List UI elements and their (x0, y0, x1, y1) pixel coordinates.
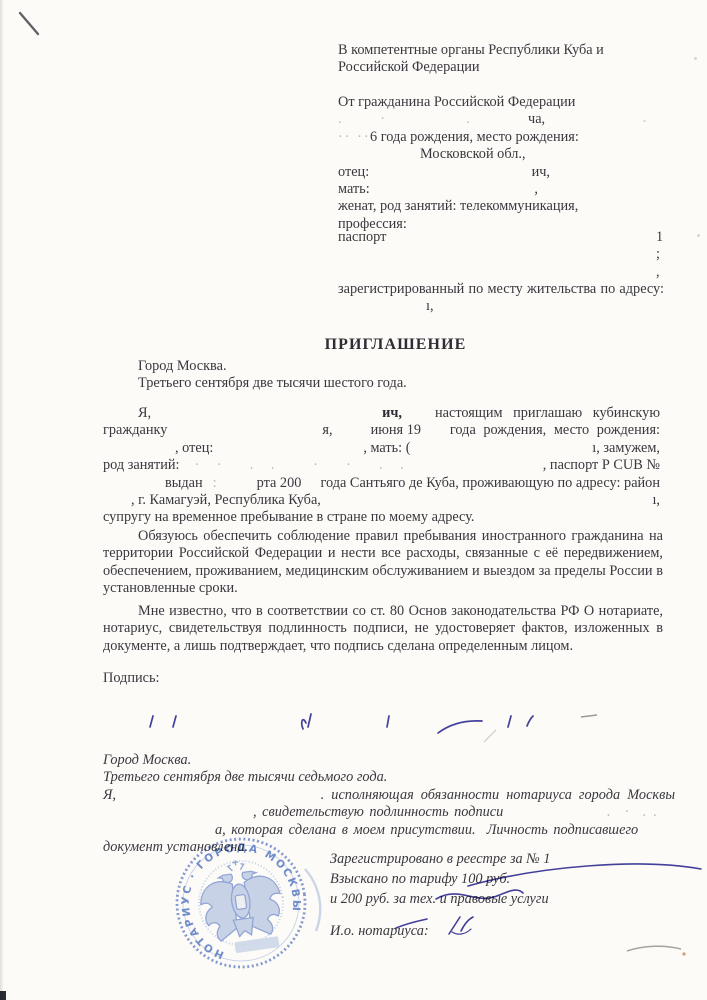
line3-tail: ı, замужем, (592, 440, 660, 457)
father-fragment: ич, (532, 164, 550, 181)
sender-profession-line: профессия: (338, 216, 668, 233)
line2-tail: года рождения, место рождения: (450, 422, 660, 439)
line2-fragment: я, (322, 422, 332, 439)
notary-line-2: , свидетельствую подлинность подписи . ·… (103, 804, 675, 821)
invitation-line-6: , г. Камагуэй, Республика Куба, ı, (103, 492, 660, 509)
invitation-line-3: , отец: , мать: ( ı, замужем, (103, 440, 660, 457)
notary-line1-tail: . исполняющая обязанности нотариуса горо… (321, 787, 675, 804)
line3-mid: , мать: ( (363, 440, 410, 457)
address-residue: ı, (426, 298, 434, 315)
pencil-dash (581, 715, 597, 717)
line6-start: , г. Камагуэй, Республика Куба, (131, 492, 321, 509)
sender-mother-line: мать: , (338, 181, 668, 198)
sender-birthplace-line: Московской обл., (338, 146, 668, 163)
faint-scratch (484, 730, 496, 742)
registry-line-2: Взыскано по тарифу 100 руб. (330, 869, 550, 889)
recipient-block: В компетентные органы Республики Куба и … (338, 42, 604, 77)
line3-start: , отец: (175, 440, 213, 457)
residue-2: ; (656, 246, 663, 263)
line1-tail: настоящим приглашаю кубинскую (435, 405, 660, 422)
document-title: ПРИГЛАШЕНИЕ (103, 336, 674, 354)
whiteout-residue: : (213, 475, 217, 492)
signature-ink (150, 714, 533, 733)
intro-city: Город Москва. (138, 358, 407, 375)
signature-label: Подпись: (103, 670, 159, 687)
birthplace-text: Московской обл., (420, 146, 526, 163)
whiteout-residue: · · . . · · . . (194, 457, 542, 474)
intro-date: Третьего сентября две тысячи шестого год… (138, 375, 407, 392)
invitation-line-4: род занятий: · · . . · · . . , паспорт Р… (103, 457, 660, 474)
registry-block: Зарегистрировано в реестре за № 1 Взыска… (330, 849, 550, 941)
whiteout-residue: ·· ··. (338, 129, 370, 146)
notariate-paragraph: Мне известно, что в соответствии со ст. … (103, 603, 663, 655)
invitation-line-5: выдан : рта 200 года Сантьяго де Куба, п… (103, 475, 660, 492)
invitation-line-7: супругу на временное пребывание в стране… (103, 509, 660, 526)
passport-residue-column: 1 ; , (656, 229, 663, 281)
registry-line-1: Зарегистрировано в реестре за № 1 (330, 849, 550, 869)
ink-speck (682, 952, 685, 955)
line5-start: выдан (165, 475, 203, 492)
name-fragment: ич, (382, 405, 402, 422)
pencil-curve (627, 946, 681, 951)
line2-mid: июня 19 (371, 422, 421, 439)
passport-label-line: паспорт (338, 229, 386, 246)
birth-text: 6 года рождения, место рождения: (370, 129, 579, 146)
notary-line-1: Я, . исполняющая обязанности нотариуса г… (103, 787, 675, 804)
recipient-line-1: В компетентные органы Республики Куба и (338, 42, 604, 59)
scanned-invitation-document: В компетентные органы Республики Куба и … (0, 0, 707, 1000)
sender-from-line: От гражданина Российской Федерации (338, 94, 668, 111)
sender-name-line: . · . . ча, (338, 111, 668, 128)
ya-text: Я, (138, 405, 151, 422)
line6-tail: ı, (652, 492, 660, 509)
whiteout-residue: . · . . (338, 111, 488, 128)
invitation-paragraph: Я, ич, настоящим приглашаю кубинскую гра… (103, 405, 660, 527)
notary-line2-text: , свидетельствую подлинность подписи (253, 804, 503, 821)
mother-label: мать: (338, 181, 370, 198)
registered-address-line: зарегистрированный по месту жительства п… (338, 281, 664, 298)
line4-tail: , паспорт Р CUB № (543, 457, 660, 474)
seal-number-band (234, 936, 279, 953)
sender-father-line: отец: ич, (338, 164, 668, 181)
residue-3: , (656, 264, 663, 281)
double-headed-eagle-icon (195, 855, 285, 943)
sender-marital-line: женат, род занятий: телекоммуникация, (338, 198, 668, 215)
registry-line-3: и 200 руб. за тех. и правовые услуги (330, 889, 550, 909)
notary-date: Третьего сентября две тысячи седьмого го… (103, 769, 675, 786)
line4-start: род занятий: (103, 457, 179, 474)
residue-1: 1 (656, 229, 663, 246)
corner-scan-mark (0, 991, 6, 1000)
staple-mark-icon (0, 0, 60, 50)
line5-tail: года Сантьяго де Куба, проживающую по ад… (320, 475, 660, 492)
invitation-line-1: Я, ич, настоящим приглашаю кубинскую (103, 405, 660, 422)
notary-city: Город Москва. (103, 752, 675, 769)
obligation-paragraph: Обязуюсь обеспечить соблюдение правил пр… (103, 528, 663, 598)
recipient-line-2: Российской Федерации (338, 59, 604, 76)
sender-birth-line: ·· ··. 6 года рождения, место рождения: (338, 129, 668, 146)
invitation-line-2: гражданку я, июня 19 года рождения, мест… (103, 422, 660, 439)
mother-fragment: , (534, 181, 538, 198)
acting-notary-label: И.о. нотариуса: (330, 921, 550, 941)
paper-speck (694, 57, 697, 60)
passport-label: паспорт (338, 229, 386, 246)
line2-start: гражданку (103, 422, 167, 439)
name-fragment: ча, (528, 111, 545, 128)
whiteout-residue: . · . . (607, 804, 657, 821)
sender-block: От гражданина Российской Федерации . · .… (338, 94, 668, 233)
father-label: отец: (338, 164, 369, 181)
line5-mid: рта 200 (257, 475, 302, 492)
ya-text: Я, (103, 787, 116, 804)
paper-speck (697, 234, 700, 237)
intro-block: Город Москва. Третьего сентября две тыся… (138, 358, 407, 393)
notary-seal-stamp: НОТАРИУС · ГОРОДА МОСКВЫ (159, 821, 323, 985)
